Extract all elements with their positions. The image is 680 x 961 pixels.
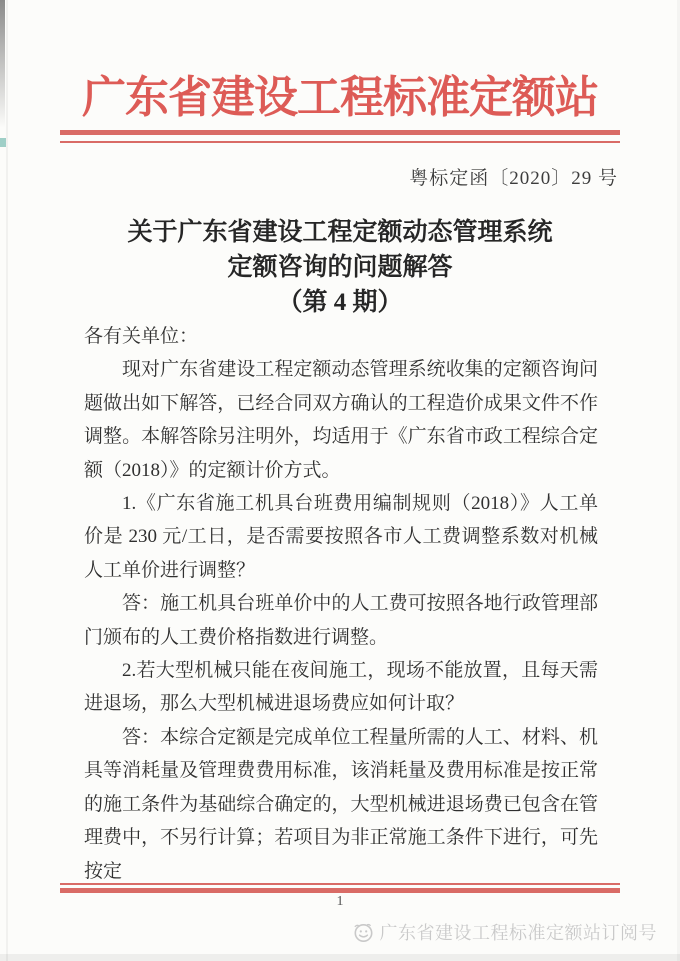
paragraph-question-2: 2.若大型机械只能在夜间施工，现场不能放置，且每天需进退场，那么大型机械进退场费… xyxy=(84,654,598,721)
document-number: 粤标定函〔2020〕29 号 xyxy=(409,163,618,190)
scan-teal-mark xyxy=(0,138,6,147)
page-number: 1 xyxy=(0,894,680,910)
subscription-watermark: 广东省建设工程标准定额站订阅号 xyxy=(351,919,658,945)
salutation: 各有关单位： xyxy=(84,320,598,353)
letterhead-title: 广东省建设工程标准定额站 xyxy=(0,72,680,124)
watermark-label: 广东省建设工程标准定额站订阅号 xyxy=(380,919,658,945)
document-title-line3: （第 4 期） xyxy=(0,285,680,320)
paragraph-answer-2: 答：本综合定额是完成单位工程量所需的人工、材料、机具等消耗量及管理费费用标准，该… xyxy=(84,721,598,888)
header-rule-thick xyxy=(60,130,620,135)
header-rule-thin xyxy=(60,141,620,143)
paragraph-intro: 现对广东省建设工程定额动态管理系统收集的定额咨询问题做出如下解答，已经合同双方确… xyxy=(84,353,598,487)
wechat-smiley-icon xyxy=(351,920,375,944)
footer-rule-thick xyxy=(60,888,620,893)
scan-bottom-edge xyxy=(0,954,680,961)
paragraph-question-1: 1.《广东省施工机具台班费用编制规则（2018）》人工单价是 230 元/工日，… xyxy=(84,487,598,587)
scan-left-edge xyxy=(6,0,8,961)
paragraph-answer-1: 答：施工机具台班单价中的人工费可按照各地行政管理部门颁布的人工费价格指数进行调整… xyxy=(84,587,598,654)
document-title-line2: 定额咨询的问题解答 xyxy=(0,250,680,285)
document-page: 广东省建设工程标准定额站 粤标定函〔2020〕29 号 关于广东省建设工程定额动… xyxy=(0,0,680,961)
document-title: 关于广东省建设工程定额动态管理系统 定额咨询的问题解答 （第 4 期） xyxy=(0,215,680,320)
footer-rule-thin xyxy=(60,883,620,885)
document-title-line1: 关于广东省建设工程定额动态管理系统 xyxy=(0,215,680,250)
document-body: 各有关单位： 现对广东省建设工程定额动态管理系统收集的定额咨询问题做出如下解答，… xyxy=(84,320,598,888)
